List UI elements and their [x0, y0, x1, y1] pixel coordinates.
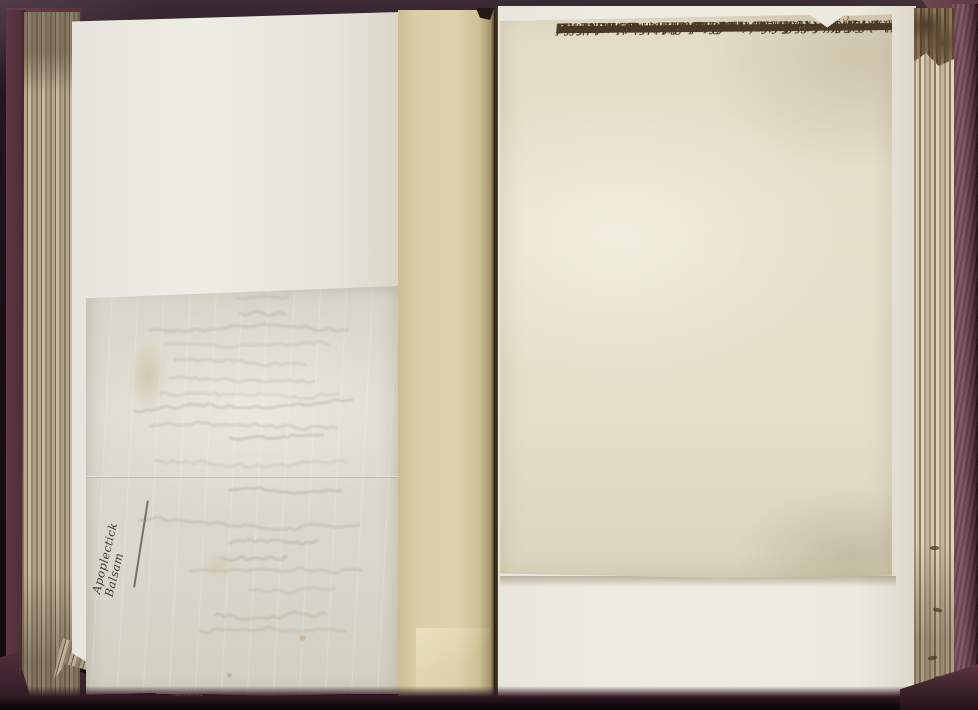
pasted-letter-sheet: Apoplectick Balsam — [86, 286, 398, 696]
manuscript-leaf: 105 The Bubble of the Staticall Baroscop… — [500, 12, 892, 578]
manuscript-photo: Apoplectick Balsam 105 The Bubble of the… — [0, 0, 978, 710]
paper-stain — [298, 634, 307, 642]
edge-ink-mark — [930, 546, 939, 550]
fold-crease — [86, 476, 398, 478]
leaf-bottom-shadow — [500, 576, 896, 587]
manuscript-line: Metaline Counterpoize, than ordinary. — [556, 19, 805, 38]
paper-stain — [202, 550, 236, 582]
right-foredge-page-stack — [914, 8, 954, 696]
tan-guard-leaf — [398, 10, 494, 702]
book-bottom-shadow — [0, 686, 978, 710]
right-foredge-top-clump — [914, 8, 954, 66]
book-cover-right-edge — [950, 4, 978, 706]
bleedthrough-writing — [86, 286, 398, 696]
left-foredge-page-stack — [22, 12, 80, 696]
paper-stain — [226, 672, 233, 679]
paper-stain — [128, 338, 168, 412]
